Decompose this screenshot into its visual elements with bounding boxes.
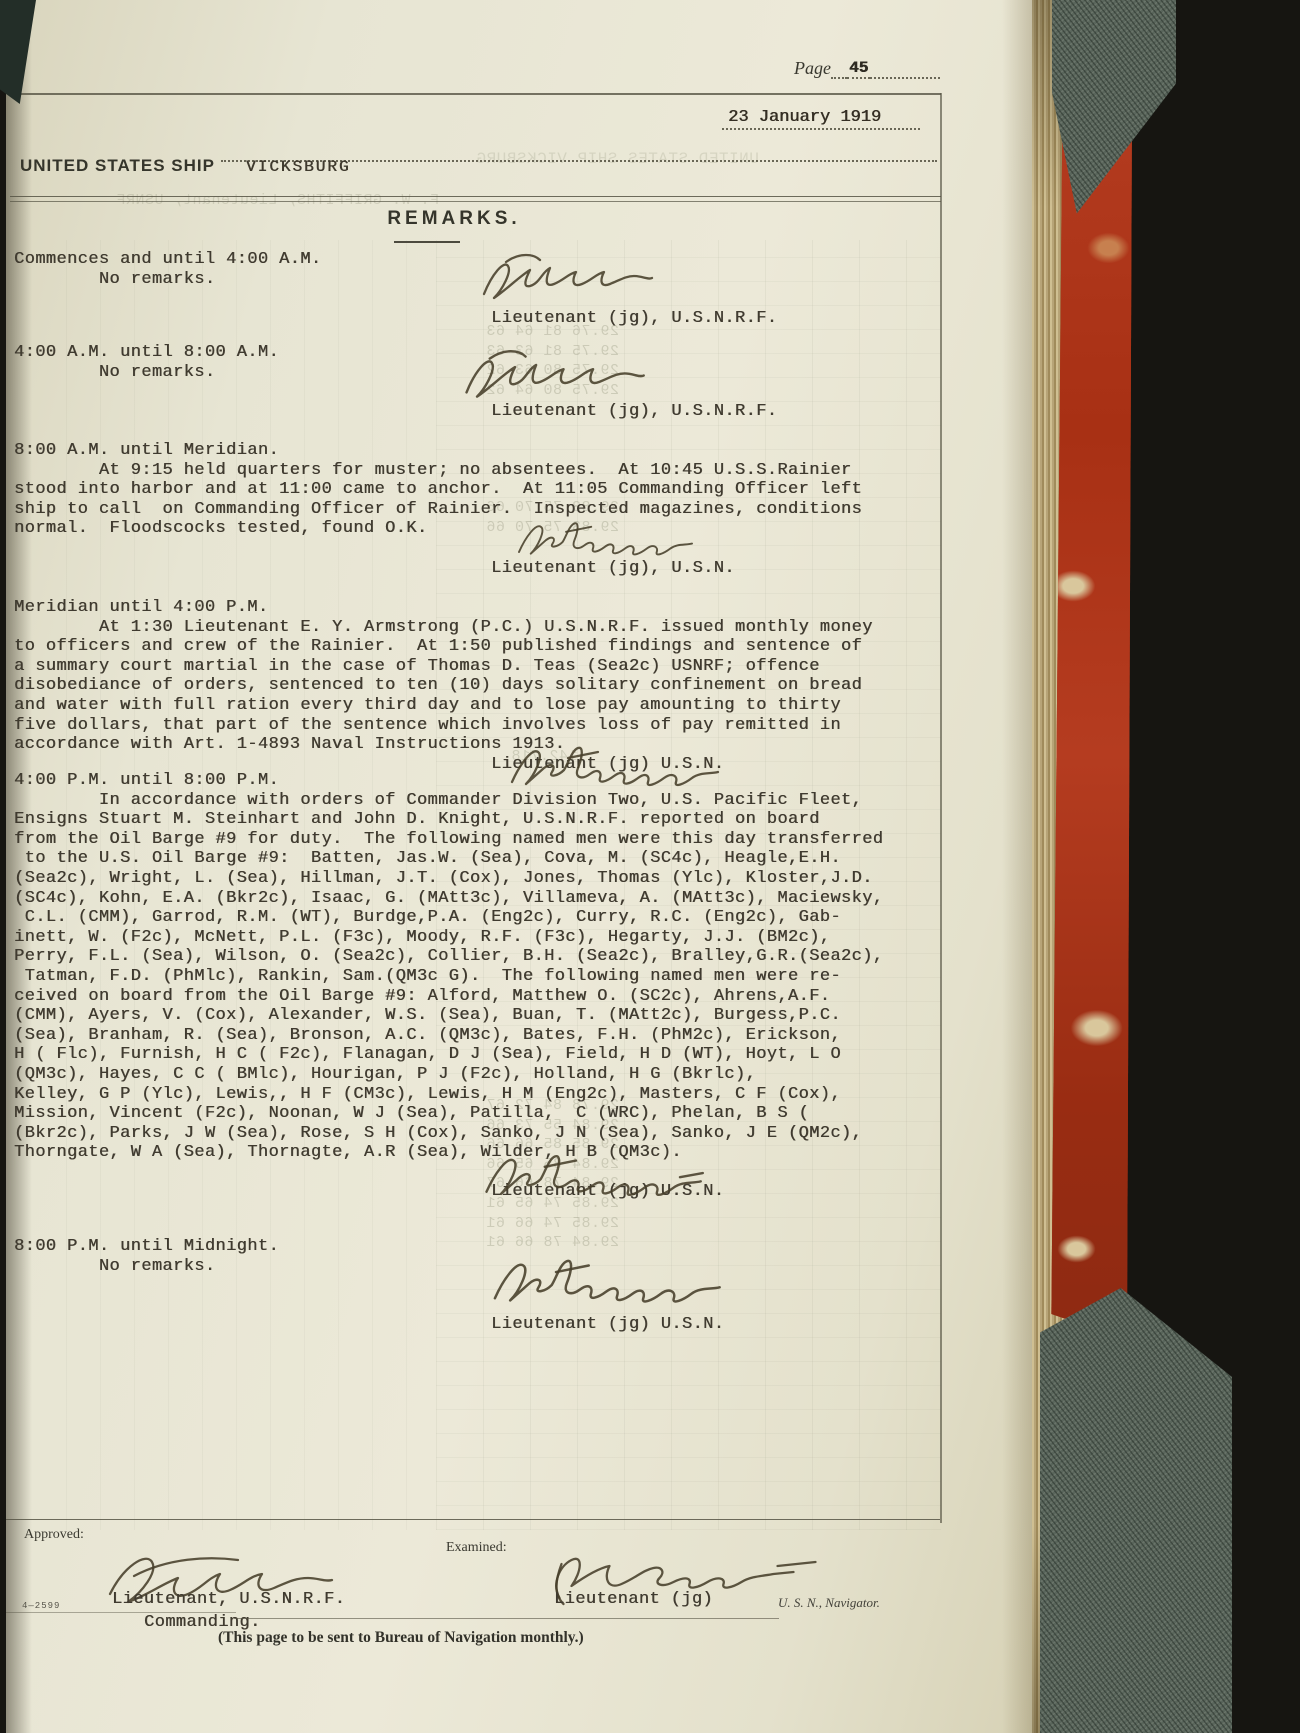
typed-line: Kelley, G P (Ylc), Lewis,, H F (CM3c), L… [14, 1085, 954, 1105]
signature-stadtler-3 [468, 1146, 713, 1198]
typed-line: (Bkr2c), Parks, J W (Sea), Rose, S H (Co… [14, 1124, 954, 1144]
typed-line: 8:00 A.M. until Meridian. [14, 441, 954, 461]
page-number: 45 [847, 59, 870, 79]
typed-line: stood into harbor and at 11:00 came to a… [14, 480, 954, 500]
typed-line: Lieutenant (jg), U.S.N.R.F. [14, 309, 954, 329]
typed-line: ceived on board from the Oil Barge #9: A… [14, 987, 954, 1007]
signature-edwards-2 [458, 346, 648, 404]
ship-name: VICKSBURG [246, 158, 350, 176]
remarks-box-top-rule [14, 93, 941, 95]
typed-line: Meridian until 4:00 P.M. [14, 598, 954, 618]
typed-line: to officers and crew of the Rainier. At … [14, 637, 954, 657]
typed-line: five dollars, that part of the sentence … [14, 716, 954, 736]
form-number: 4—2599 [22, 1601, 60, 1611]
typed-line: Lieutenant (jg) U.S.N. [14, 1315, 954, 1335]
typed-line: 29.85 74 66 61 [486, 1214, 619, 1234]
typed-line: Tatman, F.D. (PhMlc), Rankin, Sam.(QM3c … [14, 967, 954, 987]
scanned-logbook-photo: UNITED STATES SHIP VICKSBURG F. W. GRIFF… [0, 0, 1300, 1733]
typed-line: and water with full ration every third d… [14, 696, 954, 716]
log-section-8am-until-meridian: 8:00 A.M. until Meridian. At 9:15 held q… [14, 441, 954, 578]
footer-rule [6, 1519, 940, 1520]
typed-line: Mission, Vincent (F2c), Noonan, W J (Sea… [14, 1104, 954, 1124]
typed-line: Ensigns Stuart M. Steinhart and John D. … [14, 810, 954, 830]
log-section-4pm-until-8pm: 4:00 P.M. until 8:00 P.M. In accordance … [14, 771, 954, 1202]
binding-cloth-bottom [1040, 1288, 1232, 1733]
remarks-underline [394, 241, 460, 243]
logbook-page: UNITED STATES SHIP VICKSBURG F. W. GRIFF… [6, 0, 1032, 1733]
typed-line: In accordance with orders of Commander D… [14, 791, 954, 811]
typed-line: ship to call on Commanding Officer of Ra… [14, 500, 954, 520]
ship-label: UNITED STATES SHIP [20, 156, 215, 176]
examined-officer-title: Lieutenant (jg) [554, 1590, 713, 1609]
typed-line: (Sea), Branham, R. (Sea), Bronson, A.C. … [14, 1026, 954, 1046]
typed-line: Lieutenant (jg), U.S.N. [14, 559, 954, 579]
page-word: Page [794, 58, 831, 79]
signature-stadtler-4 [484, 1250, 724, 1305]
typed-line: (QM3c), Hayes, C C ( BMlc), Hourigan, P … [14, 1065, 954, 1085]
typed-line: inett, W. (F2c), McNett, P.L. (F3c), Moo… [14, 928, 954, 948]
navigator-note: U. S. N., Navigator. [778, 1595, 880, 1611]
typed-line: normal. Floodscocks tested, found O.K. [14, 519, 954, 539]
typed-line: to the U.S. Oil Barge #9: Batten, Jas.W.… [14, 849, 954, 869]
signature-stadtler-2 [502, 738, 722, 788]
header-double-rule [10, 196, 941, 197]
typed-line: 4:00 P.M. until 8:00 P.M. [14, 771, 954, 791]
signature-stadtler-1 [508, 515, 698, 557]
examined-label: Examined: [446, 1540, 507, 1556]
bleedthrough-header: UNITED STATES SHIP VICKSBURG [476, 150, 759, 168]
approved-label: Approved: [24, 1527, 84, 1543]
typed-line: (CMM), Ayers, V. (Cox), Alexander, W.S. … [14, 1006, 954, 1026]
typed-line: At 1:30 Lieutenant E. Y. Armstrong (P.C.… [14, 618, 954, 638]
typed-line [14, 539, 954, 559]
typed-line: Perry, F.L. (Sea), Wilson, O. (Sea2c), C… [14, 947, 954, 967]
remarks-title: REMARKS. [369, 208, 539, 230]
typed-line: C.L. (CMM), Garrod, R.M. (WT), Burdge,P.… [14, 908, 954, 928]
footer-thin-line [6, 1612, 236, 1613]
typed-line: (SC4c), Kohn, E.A. (Bkr2c), Isaac, G. (M… [14, 889, 954, 909]
approved-officer-title: Lieutenant, U.S.N.R.F. [112, 1590, 345, 1609]
log-section-meridian-until-4pm: Meridian until 4:00 P.M. At 1:30 Lieuten… [14, 598, 954, 774]
typed-line: disobediance of orders, sentenced to ten… [14, 676, 954, 696]
dot-fill [831, 60, 847, 79]
typed-line: from the Oil Barge #9 for duty. The foll… [14, 830, 954, 850]
typed-line: (Sea2c), Wright, L. (Sea), Hillman, J.T.… [14, 869, 954, 889]
typed-line: a summary court martial in the case of T… [14, 657, 954, 677]
typed-line: accordance with Art. 1-4893 Naval Instru… [14, 735, 954, 755]
distribution-note: (This page to be sent to Bureau of Navig… [218, 1629, 584, 1647]
header-double-rule [10, 201, 941, 202]
dot-fill [870, 60, 940, 79]
page-number-row: Page 45 [794, 58, 940, 79]
footer-thin-line [234, 1618, 779, 1619]
log-date: 23 January 1919 [728, 108, 881, 127]
typed-line: Lieutenant (jg), U.S.N.R.F. [14, 402, 954, 422]
typed-line: H ( Flc), Furnish, H C ( F2c), Flanagan,… [14, 1045, 954, 1065]
signature-edwards-1 [476, 250, 656, 305]
typed-line: At 9:15 held quarters for muster; no abs… [14, 461, 954, 481]
date-dotted-line [722, 128, 920, 130]
